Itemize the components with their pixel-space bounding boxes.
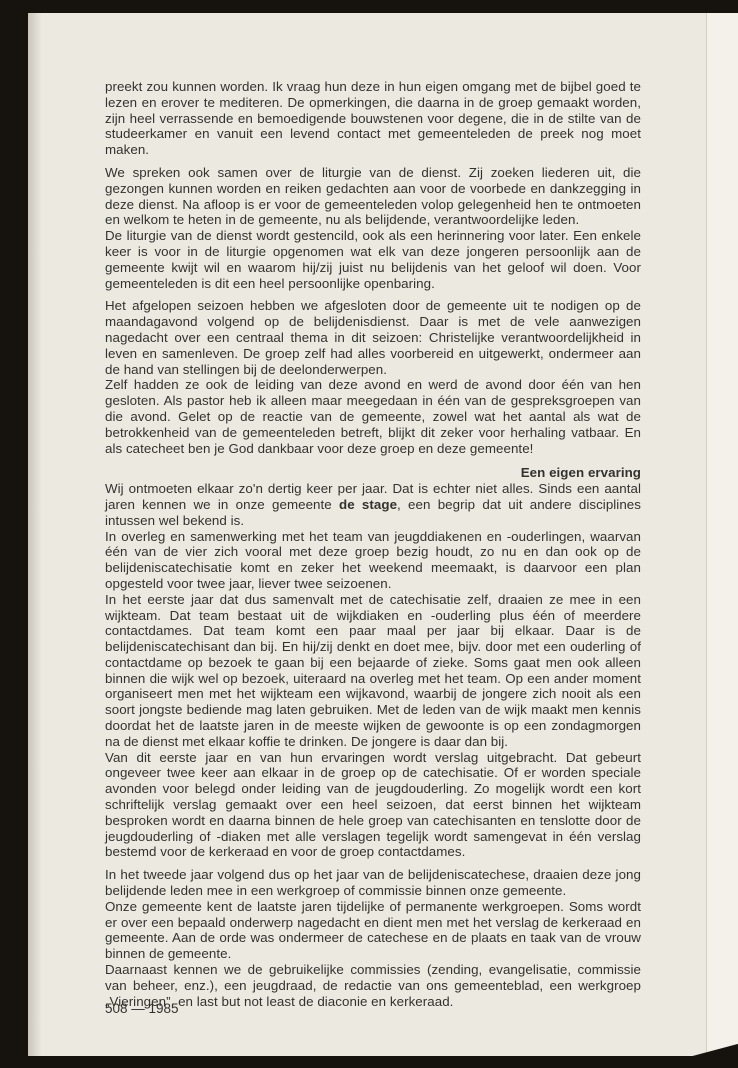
text-segment: Daarnaast kennen we de gebruikelijke com… <box>105 962 641 1009</box>
paragraph: In het tweede jaar volgend dus op het ja… <box>105 867 641 899</box>
text-segment: In het tweede jaar volgend dus op het ja… <box>105 867 641 898</box>
page-footer: 508 — 1985 <box>105 1001 179 1016</box>
paragraph: Daarnaast kennen we de gebruikelijke com… <box>105 962 641 1009</box>
paragraph: Onze gemeente kent de laatste jaren tijd… <box>105 899 641 962</box>
text-segment: Onze gemeente kent de laatste jaren tijd… <box>105 899 641 961</box>
section-heading: Een eigen ervaring <box>105 465 641 481</box>
paragraph: We spreken ook samen over de liturgie va… <box>105 165 641 228</box>
paragraph: De liturgie van de dienst wordt gestenci… <box>105 228 641 291</box>
paragraph: Zelf hadden ze ook de leiding van deze a… <box>105 377 641 456</box>
corner-fold <box>678 1041 738 1057</box>
paragraph: In overleg en samenwerking met het team … <box>105 529 641 592</box>
text-segment: Zelf hadden ze ook de leiding van deze a… <box>105 377 641 455</box>
text-segment: Van dit eerste jaar en van hun ervaringe… <box>105 750 641 860</box>
text-segment: preekt zou kunnen worden. Ik vraag hun d… <box>105 79 641 157</box>
paragraph: preekt zou kunnen worden. Ik vraag hun d… <box>105 79 641 158</box>
page-edge-crease <box>706 13 738 1056</box>
text-segment: Het afgelopen seizoen hebben we afgeslot… <box>105 298 641 376</box>
body-text: preekt zou kunnen worden. Ik vraag hun d… <box>105 79 641 1009</box>
paragraph: Wij ontmoeten elkaar zo'n dertig keer pe… <box>105 481 641 528</box>
scanned-book-photo: { "page": { "footer": "508 — 1985", "par… <box>0 0 738 1068</box>
paragraph: Het afgelopen seizoen hebben we afgeslot… <box>105 298 641 377</box>
bold-text: de stage <box>339 497 397 512</box>
paragraph: In het eerste jaar dat dus samenvalt met… <box>105 592 641 750</box>
text-segment: De liturgie van de dienst wordt gestenci… <box>105 228 641 290</box>
text-segment: In het eerste jaar dat dus samenvalt met… <box>105 592 641 749</box>
paragraph: Van dit eerste jaar en van hun ervaringe… <box>105 750 641 861</box>
bold-text: Een eigen ervaring <box>521 465 641 480</box>
text-segment: In overleg en samenwerking met het team … <box>105 529 641 591</box>
text-segment: We spreken ook samen over de liturgie va… <box>105 165 641 227</box>
book-page: preekt zou kunnen worden. Ik vraag hun d… <box>28 13 738 1056</box>
gutter-shadow <box>28 13 42 1056</box>
